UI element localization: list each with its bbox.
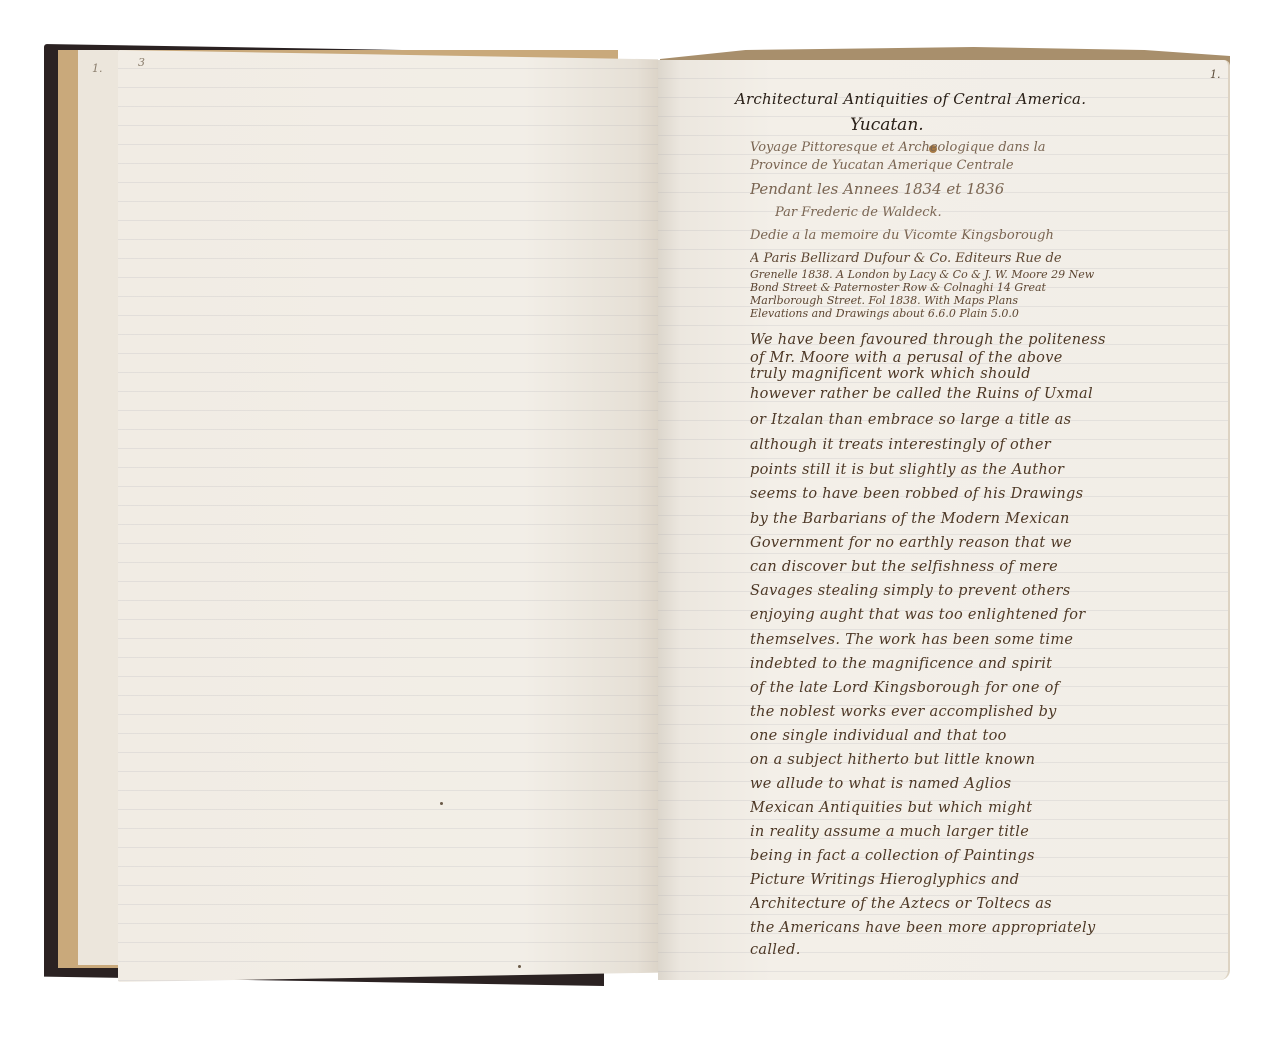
- imprint-line: Marlborough Street. Fol 1838. With Maps …: [750, 294, 1220, 307]
- body-line: enjoying aught that was too enlightened …: [750, 607, 1220, 623]
- body-line: truly magnificent work which should: [750, 366, 1220, 382]
- body-line: in reality assume a much larger title: [750, 824, 1220, 840]
- heading-line: Par Frederic de Waldeck.: [775, 205, 1245, 220]
- body-line: one single individual and that too: [750, 728, 1220, 744]
- body-line: seems to have been robbed of his Drawing…: [750, 486, 1220, 502]
- body-line: we allude to what is named Aglios: [750, 776, 1220, 792]
- imprint-line: A Paris Bellizard Dufour & Co. Editeurs …: [750, 252, 1220, 265]
- body-line: although it treats interestingly of othe…: [750, 437, 1220, 453]
- left-page-blank: [118, 50, 658, 982]
- body-line: being in fact a collection of Paintings: [750, 848, 1220, 864]
- body-line: Architecture of the Aztecs or Toltecs as: [750, 896, 1220, 912]
- open-manuscript-book: 1. 3 1. Architectural Antiquities of Cen…: [0, 0, 1280, 1052]
- imprint-line: Elevations and Drawings about 6.6.0 Plai…: [750, 307, 1220, 320]
- body-line: Savages stealing simply to prevent other…: [750, 583, 1220, 599]
- body-line: We have been favoured through the polite…: [750, 332, 1220, 348]
- body-line: of Mr. Moore with a perusal of the above: [750, 350, 1220, 366]
- body-line: can discover but the selfishness of mere: [750, 559, 1220, 575]
- body-line: on a subject hitherto but little known: [750, 752, 1220, 768]
- folio-mark: 3: [138, 56, 145, 69]
- body-line: the noblest works ever accomplished by: [750, 704, 1220, 720]
- imprint-line: Bond Street & Paternoster Row & Colnaghi…: [750, 281, 1220, 294]
- body-line: called.: [750, 942, 1220, 958]
- body-line: Picture Writings Hieroglyphics and: [750, 872, 1220, 888]
- flyleaf: [78, 50, 119, 965]
- body-line: themselves. The work has been some time: [750, 632, 1220, 648]
- folio-mark: 1.: [92, 62, 103, 75]
- body-line: Mexican Antiquities but which might: [750, 800, 1220, 816]
- body-line: or Itzalan than embrace so large a title…: [750, 412, 1220, 428]
- ink-speck: [440, 802, 443, 805]
- body-line: however rather be called the Ruins of Ux…: [750, 386, 1220, 402]
- imprint-line: Grenelle 1838. A London by Lacy & Co & J…: [750, 268, 1220, 281]
- ink-speck: [518, 965, 521, 968]
- body-line: of the late Lord Kingsborough for one of: [750, 680, 1220, 696]
- heading-line: Pendant les Annees 1834 et 1836: [750, 180, 1220, 198]
- body-line: Government for no earthly reason that we: [750, 535, 1220, 551]
- body-line: the Americans have been more appropriate…: [750, 920, 1220, 936]
- body-line: indebted to the magnificence and spirit: [750, 656, 1220, 672]
- heading-line: Dedie a la memoire du Vicomte Kingsborou…: [750, 228, 1220, 243]
- body-line: points still it is but slightly as the A…: [750, 462, 1220, 478]
- manuscript-subtitle: Yucatan.: [850, 115, 924, 135]
- heading-line: Province de Yucatan Amerique Centrale: [750, 158, 1220, 173]
- page-number: 1.: [1210, 68, 1221, 81]
- manuscript-title: Architectural Antiquities of Central Ame…: [735, 90, 1086, 108]
- body-line: by the Barbarians of the Modern Mexican: [750, 511, 1220, 527]
- heading-line: Voyage Pittoresque et Archeologique dans…: [750, 140, 1220, 155]
